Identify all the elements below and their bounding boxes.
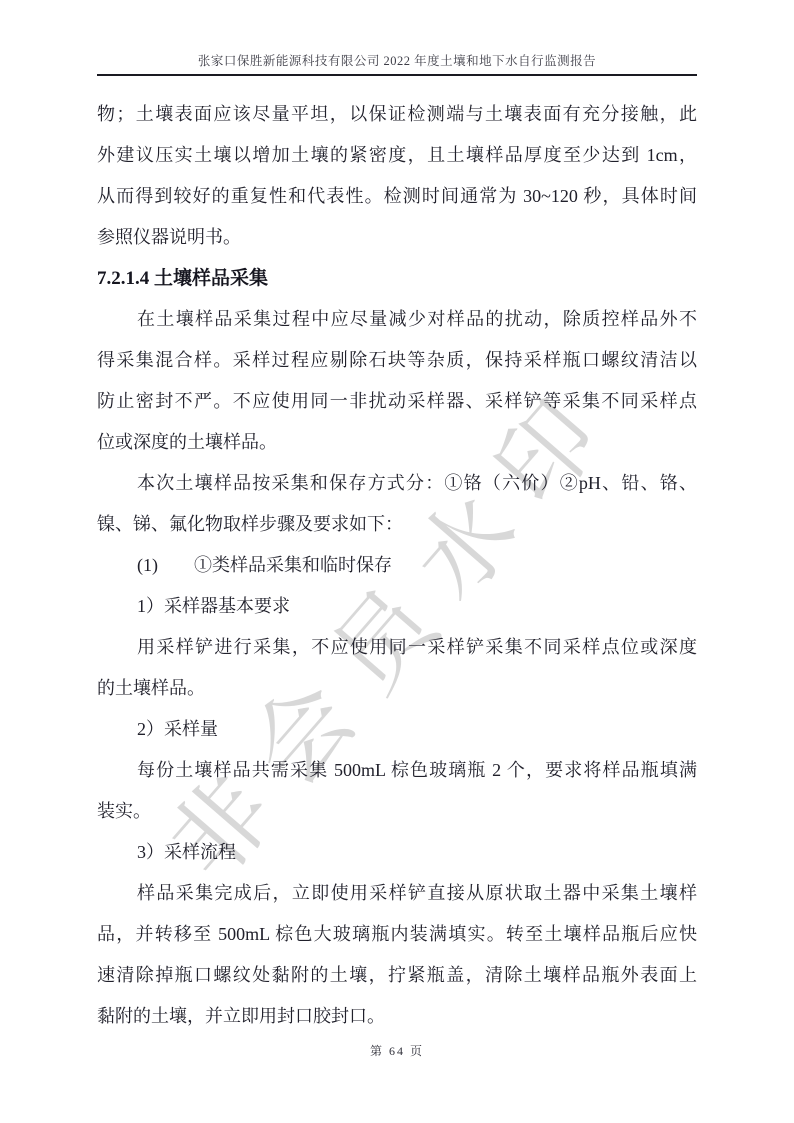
body-line: 品，并转移至 500mL 棕色大玻璃瓶内装满填实。转至土壤样品瓶后应快	[97, 914, 697, 955]
body-line: 的土壤样品。	[97, 668, 697, 709]
body-line: 用采样铲进行采集，不应使用同一采样铲采集不同采样点位或深度	[97, 627, 697, 668]
body-line: 3）采样流程	[97, 832, 697, 873]
body-line: 装实。	[97, 791, 697, 832]
body-line: 2）采样量	[97, 709, 697, 750]
body-line: 速清除掉瓶口螺纹处黏附的土壤，拧紧瓶盖，清除土壤样品瓶外表面上	[97, 955, 697, 996]
body-line: 外建议压实土壤以增加土壤的紧密度，且土壤样品厚度至少达到 1cm，	[97, 135, 697, 176]
document-page: 张家口保胜新能源科技有限公司 2022 年度土壤和地下水自行监测报告 非会员水印…	[0, 0, 794, 1123]
body-line: 物；土壤表面应该尽量平坦，以保证检测端与土壤表面有充分接触，此	[97, 94, 697, 135]
body-line: 本次土壤样品按采集和保存方式分：①铬（六价）②pH、铅、铬、	[97, 463, 697, 504]
body-line: 1）采样器基本要求	[97, 586, 697, 627]
body-line: 在土壤样品采集过程中应尽量减少对样品的扰动，除质控样品外不	[97, 299, 697, 340]
body-line: 每份土壤样品共需采集 500mL 棕色玻璃瓶 2 个，要求将样品瓶填满	[97, 750, 697, 791]
body-line: 得采集混合样。采样过程应剔除石块等杂质，保持采样瓶口螺纹清洁以	[97, 340, 697, 381]
document-body: 物；土壤表面应该尽量平坦，以保证检测端与土壤表面有充分接触，此外建议压实土壤以增…	[97, 94, 697, 1037]
body-line: 样品采集完成后，立即使用采样铲直接从原状取土器中采集土壤样	[97, 873, 697, 914]
body-line: 位或深度的土壤样品。	[97, 422, 697, 463]
body-line: 参照仪器说明书。	[97, 217, 697, 258]
header-rule	[97, 74, 697, 76]
body-line: 镍、锑、氟化物取样步骤及要求如下：	[97, 504, 697, 545]
body-line: 从而得到较好的重复性和代表性。检测时间通常为 30~120 秒，具体时间	[97, 176, 697, 217]
body-line: 防止密封不严。不应使用同一非扰动采样器、采样铲等采集不同采样点	[97, 381, 697, 422]
section-heading: 7.2.1.4 土壤样品采集	[97, 258, 697, 299]
body-line: (1) ①类样品采集和临时保存	[97, 545, 697, 586]
body-line: 黏附的土壤，并立即用封口胶封口。	[97, 996, 697, 1037]
page-number: 第 64 页	[0, 1042, 794, 1059]
page-header-title: 张家口保胜新能源科技有限公司 2022 年度土壤和地下水自行监测报告	[97, 51, 697, 69]
